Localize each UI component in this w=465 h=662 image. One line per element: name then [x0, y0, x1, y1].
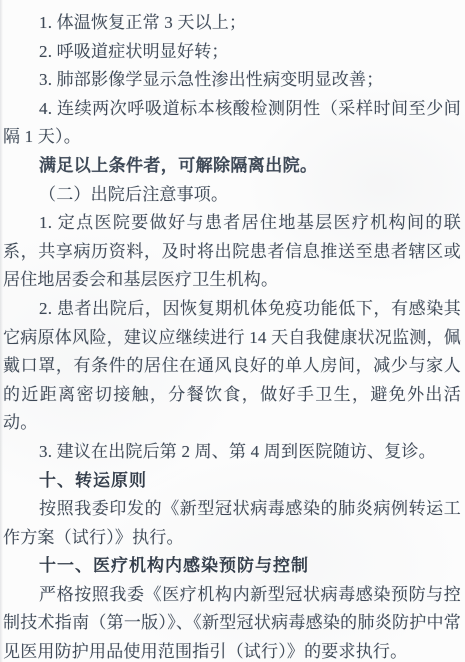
discharge-criteria-item-temperature: 1. 体温恢复正常 3 天以上； — [3, 9, 461, 38]
discharge-criteria-item-nucleic-acid: 4. 连续两次呼吸道标本核酸检测阴性（采样时间至少间隔 1 天）。 — [3, 95, 461, 152]
post-discharge-item-hospital-liaison: 1. 定点医院要做好与患者居住地基层医疗机构间的联系，共享病历资料，及时将出院患… — [3, 209, 461, 295]
post-discharge-item-follow-up-visits: 3. 建议在出院后第 2 周、第 4 周到医院随访、复诊。 — [3, 438, 461, 467]
infection-control-paragraph: 严格按照我委《医疗机构内新型冠状病毒感染预防与控制技术指南（第一版）》、《新型冠… — [3, 581, 461, 662]
transfer-principles-paragraph: 按照我委印发的《新型冠状病毒感染的肺炎病例转运工作方案（试行）》执行。 — [3, 495, 461, 552]
scan-speck-artifact — [431, 306, 434, 309]
document-page: 1. 体温恢复正常 3 天以上； 2. 呼吸道症状明显好转； 3. 肺部影像学显… — [0, 0, 465, 662]
subsection-heading-post-discharge-notes: （二）出院后注意事项。 — [3, 181, 461, 210]
discharge-criteria-item-imaging: 3. 肺部影像学显示急性渗出性病变明显改善； — [3, 66, 461, 95]
section-heading-infection-control: 十一、医疗机构内感染预防与控制 — [3, 552, 461, 581]
discharge-release-condition-note: 满足以上条件者，可解除隔离出院。 — [3, 152, 461, 181]
discharge-criteria-item-respiratory: 2. 呼吸道症状明显好转； — [3, 38, 461, 67]
section-heading-transfer-principles: 十、转运原则 — [3, 467, 461, 496]
post-discharge-item-self-monitoring: 2. 患者出院后，因恢复期机体免疫功能低下，有感染其它病原体风险，建议应继续进行… — [3, 295, 461, 438]
